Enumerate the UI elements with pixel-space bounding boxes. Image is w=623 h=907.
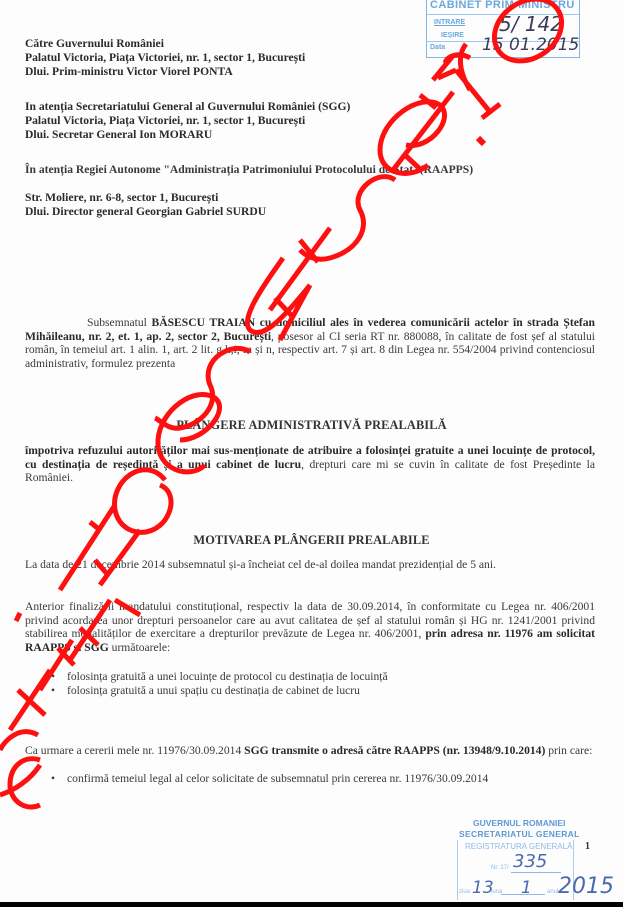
addressee-line: Dlui. Secretar General Ion MORARU [25, 128, 212, 142]
motivation-paragraph-2: Anterior finalizării mandatului constitu… [25, 600, 595, 654]
motivation-paragraph-1: La data de 21 decembrie 2014 subsemnatul… [25, 558, 595, 572]
stamp-label-date: Data [430, 44, 445, 51]
stamp-day-label: ziua [459, 889, 470, 895]
addressee-line: Către Guvernului României [25, 37, 164, 51]
addressee-line: Palatul Victoria, Piața Victoriei, nr. 1… [25, 114, 305, 128]
stamp-handwritten-date: 15 01.2015 [482, 35, 579, 55]
addressee-line: Palatul Victoria, Piața Victoriei, nr. 1… [25, 51, 305, 65]
intro-paragraph: Subsemnatul BĂSESCU TRAIAN cu domiciliul… [25, 316, 595, 370]
addressee-line: Str. Moliere, nr. 6-8, sector 1, Bucureș… [25, 191, 218, 205]
petitioner-name: BĂSESCU TRAIAN [152, 316, 256, 329]
stamp-handwritten-number: 5/ 142 [499, 12, 563, 36]
section-heading-complaint: PLÂNGERE ADMINISTRATIVĂ PREALABILĂ [0, 418, 623, 433]
sgg-actions-list: confirmă temeiul legal al celor solicita… [25, 772, 530, 786]
stamp-year-value: 2015 [558, 874, 614, 899]
addressee-line: În atenția Regiei Autonome "Administrați… [25, 163, 598, 177]
stamp-label-out: IEȘIRE [441, 32, 464, 39]
stamp-nr-value: 335 [513, 851, 547, 872]
section-heading-motivation: MOTIVAREA PLÂNGERII PREALABILE [0, 533, 623, 548]
stamp-day-value: 13 [472, 878, 494, 898]
addressee-line: In atenția Secretariatului General al Gu… [25, 100, 350, 114]
paragraph-text: următoarele: [109, 641, 170, 654]
stamp-nr-label: Nr. 17/ [491, 865, 509, 871]
scanned-document-page: CABINET PRIM-MINISTRU INTRARE IEȘIRE Dat… [0, 0, 623, 902]
motivation-paragraph-3: Ca urmare a cererii mele nr. 11976/30.09… [25, 744, 595, 758]
addressee-line: Dlui. Prim-ministru Victor Viorel PONTA [25, 65, 233, 79]
addressee-line: Dlui. Director general Georgian Gabriel … [25, 205, 266, 219]
stamp-line-registry: REGISTRATURA GENERALĂ [465, 842, 572, 851]
complaint-paragraph: împotriva refuzului autorităților mai su… [25, 444, 595, 485]
paragraph-bold-text: SGG transmite o adresă către RAAPPS (nr.… [244, 744, 545, 757]
stamp-line-government: GUVERNUL ROMANIEI [473, 818, 565, 828]
stamp-title: CABINET PRIM-MINISTRU [430, 0, 575, 11]
stamp-line-secretariat: SECRETARIATUL GENERAL [459, 829, 580, 839]
list-item: confirmă temeiul legal al celor solicita… [51, 772, 530, 786]
page-number: 1 [585, 841, 590, 852]
scan-bottom-border [0, 902, 623, 907]
stamp-underline [501, 894, 545, 895]
registry-stamp: GUVERNUL ROMANIEI SECRETARIATUL GENERAL … [455, 818, 620, 900]
stamp-month-value: 1 [521, 878, 532, 898]
list-item: folosința gratuită a unei locuințe de pr… [51, 670, 595, 684]
stamp-year-label: anul [547, 889, 558, 895]
stamp-label-in: INTRARE [434, 19, 465, 26]
paragraph-text: Ca urmare a cererii mele nr. 11976/30.09… [25, 744, 244, 757]
intro-text: Subsemnatul [87, 316, 152, 329]
list-item: folosința gratuită a unui spațiu cu dest… [51, 684, 595, 698]
cabinet-registration-stamp: CABINET PRIM-MINISTRU INTRARE IEȘIRE Dat… [426, 0, 580, 58]
stamp-underline [511, 872, 561, 873]
stamp-border [457, 840, 458, 900]
paragraph-text: prin care: [545, 744, 592, 757]
requests-list: folosința gratuită a unei locuințe de pr… [25, 670, 595, 697]
